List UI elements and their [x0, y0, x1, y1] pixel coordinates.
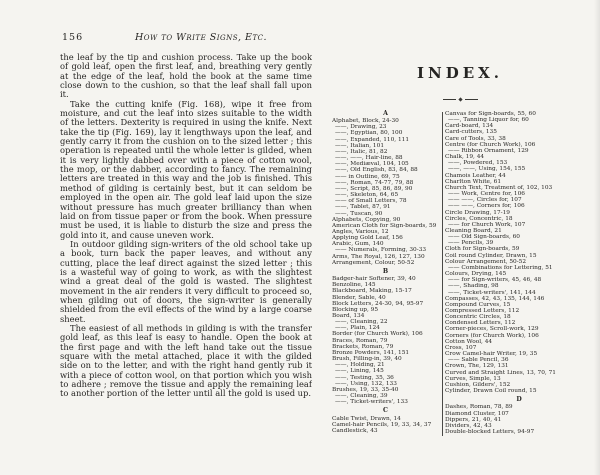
index-entry: Block Letters, 24-30, 94, 95-97 [332, 301, 439, 307]
paragraph: The easiest of all methods in gilding is… [60, 324, 312, 399]
section-letter: D [445, 397, 593, 403]
index-column-left: AAlphabet, Block, 24-30——, Drawing, 23——… [332, 111, 439, 436]
ornament-rule [330, 96, 590, 102]
index-entry: Cylinder, Drawn Coil round, 15 [445, 388, 593, 394]
paragraph: Take the cutting knife (Fig. 168), wipe … [60, 100, 312, 240]
page-number: 156 [62, 32, 83, 43]
index-entry: —— Numerals, Forming, 30-33 [332, 247, 439, 253]
index-title: INDEX. [330, 64, 590, 82]
left-page-header: 156 How to Write Signs, Etc. [60, 32, 312, 45]
index-columns: AAlphabet, Block, 24-30——, Drawing, 23——… [332, 111, 593, 436]
section-letter: B [332, 269, 439, 275]
index-entry: Double-blocked Letters, 94-97 [445, 429, 593, 435]
index-entry: Border (for Church Work), 106 [332, 331, 439, 337]
index-entry: Camel-hair Pencils, 19, 33, 34, 37 [332, 422, 439, 428]
book-page-scan: 156 How to Write Signs, Etc. the leaf by… [0, 0, 600, 475]
section-letter: A [332, 111, 439, 117]
running-head: How to Write Signs, Etc. [90, 32, 312, 43]
index-entry: Arrangement, Colour, 50-52 [332, 260, 439, 266]
index-entry: Candlestick, 43 [332, 428, 439, 434]
paragraph: In outdoor gilding sign-writers of the o… [60, 240, 312, 324]
index-entry: Arms, The Royal, 126, 127, 130 [332, 254, 439, 260]
ornament-line-left [443, 99, 456, 100]
index-column-right: Canvas for Sign-boards, 55, 60——, Tannin… [445, 111, 593, 436]
paragraph: the leaf by the tip and cushion process.… [60, 53, 312, 100]
body-text: the leaf by the tip and cushion process.… [60, 53, 312, 425]
ornament-line-right [465, 99, 478, 100]
ornament-diamond-icon [458, 97, 462, 101]
section-letter: C [332, 408, 439, 414]
column-divider [442, 112, 443, 436]
index-entry: ——, Ticket-writers', 133 [332, 399, 439, 405]
